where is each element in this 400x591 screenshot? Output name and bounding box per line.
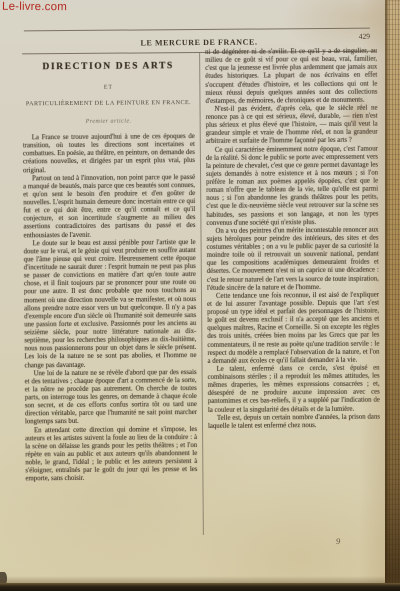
right-paragraph-6: Le talent, enfermé dans ce cercle, s'est… <box>208 364 380 414</box>
left-paragraph-1: La France se trouve aujourd'hui à une de… <box>23 133 195 175</box>
left-column: DIRECTION DES ARTS ET PARTICULIÈREMENT D… <box>22 48 198 537</box>
text-columns: DIRECTION DES ARTS ET PARTICULIÈREMENT D… <box>22 47 380 540</box>
scanned-book-page: Le-livre.com LE MERCURE DE FRANCE. 429 D… <box>0 0 400 591</box>
right-paragraph-2: N'est-il pas évident, d'après cela, que … <box>206 104 378 146</box>
article-series-label: Premier article. <box>23 118 195 125</box>
article-head: DIRECTION DES ARTS ET PARTICULIÈREMENT D… <box>22 61 194 125</box>
page-sheet: LE MERCURE DE FRANCE. 429 DIRECTION DES … <box>0 0 400 591</box>
right-paragraph-1: ni de dégénérer ni de s'avilir. Et ce qu… <box>205 48 377 106</box>
page-edge-shadow <box>359 0 387 591</box>
journal-title: LE MERCURE DE FRANCE. <box>140 38 257 48</box>
watermark-text: Le-livre.com <box>2 1 67 14</box>
column-divider-rule <box>199 53 204 535</box>
right-paragraph-3: Ce qui caractérise éminemment notre époq… <box>206 145 379 228</box>
left-paragraph-2: Partout on tend à l'innovation, non poin… <box>23 174 196 240</box>
right-paragraph-4: On a vu des peintres d'un mérite inconte… <box>206 226 379 292</box>
left-paragraph-3: Le doute sur le beau est aussi pénible p… <box>24 239 197 370</box>
bottom-book-edge <box>0 583 400 591</box>
book-fore-edge <box>385 0 400 591</box>
signature-mark: 9 <box>336 536 340 546</box>
right-column: ni de dégénérer ni de s'avilir. Et ce qu… <box>205 48 381 537</box>
article-subtitle: PARTICULIÈREMENT DE LA PEINTURE EN FRANC… <box>22 99 194 107</box>
right-paragraph-7: Telle est, depuis un certain nombre d'an… <box>208 413 380 431</box>
right-paragraph-5: Cette tendance une fois reconnue, il est… <box>207 291 380 365</box>
bottom-edge-shadow <box>0 576 400 583</box>
article-connector: ET <box>22 84 194 91</box>
article-title: DIRECTION DES ARTS <box>22 61 194 72</box>
left-paragraph-4: Une loi de la nature ne se révèle d'abor… <box>25 369 197 427</box>
left-paragraph-5: En attendant cette direction qui domine … <box>25 426 197 484</box>
